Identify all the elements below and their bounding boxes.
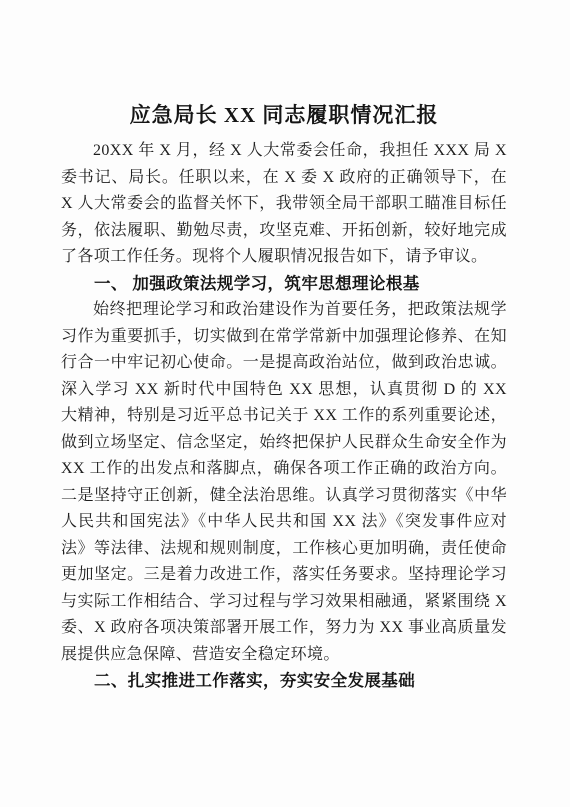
section-1-paragraph: 始终把理论学习和政治建设作为首要任务，把政策法规学习作为重要抓手，切实做到在常学… (61, 297, 507, 668)
section-heading-2: 二、扎实推进工作落实，夯实安全发展基础 (61, 668, 507, 695)
document-page: 应急局长 XX 同志履职情况汇报 20XX 年 X 月，经 X 人大常委会任命，… (0, 0, 570, 807)
document-title: 应急局长 XX 同志履职情况汇报 (61, 98, 507, 132)
section-heading-1: 一、 加强政策法规学习，筑牢思想理论根基 (61, 271, 507, 298)
intro-paragraph: 20XX 年 X 月，经 X 人大常委会任命，我担任 XXX 局 X 委书记、局… (61, 138, 507, 271)
